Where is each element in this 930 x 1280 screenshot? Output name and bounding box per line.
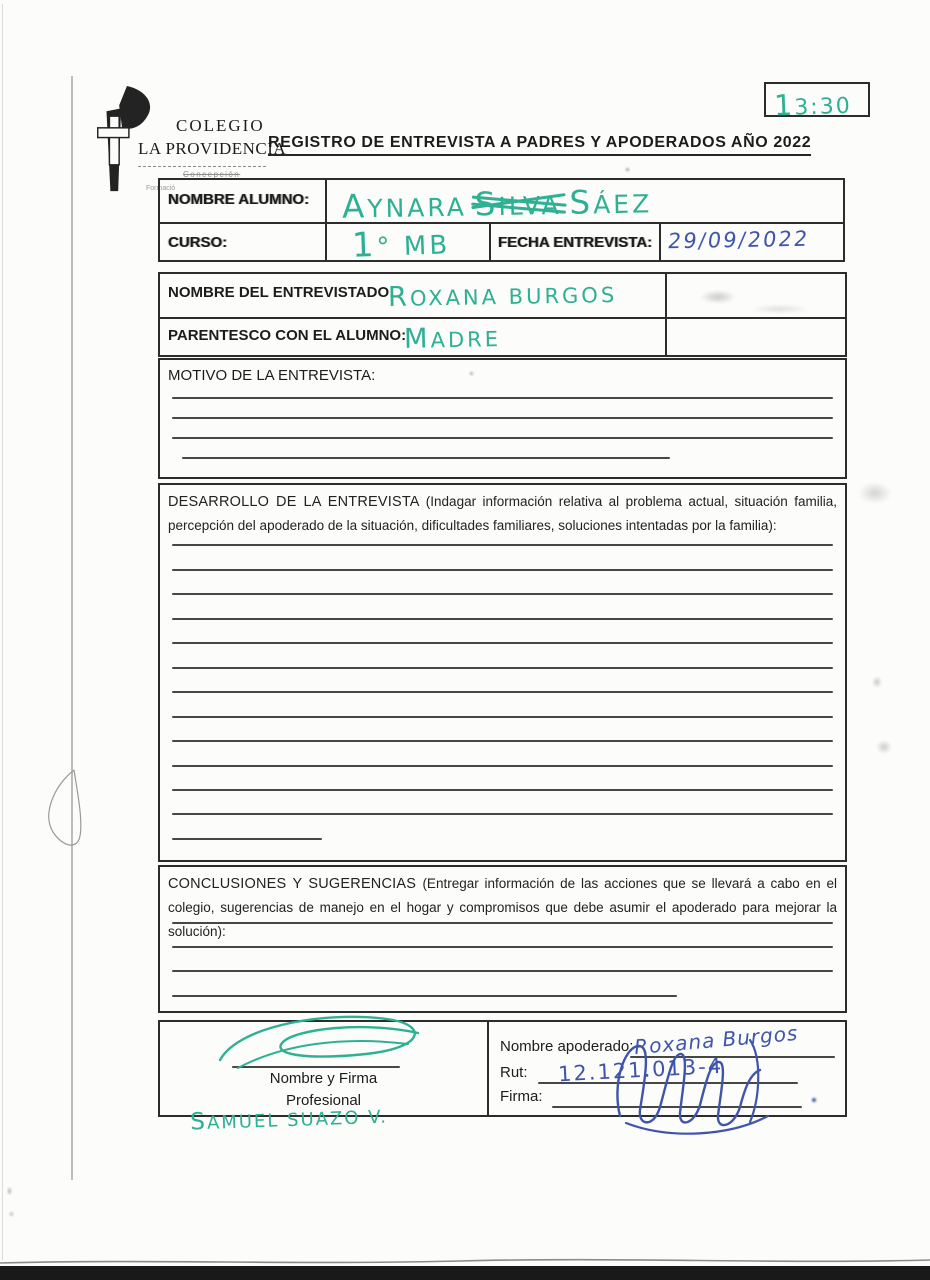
scan-bottom-band: [0, 1266, 930, 1280]
conclusiones-section: CONCLUSIONES Y SUGERENCIAS (Entregar inf…: [158, 865, 847, 1013]
ruled-line: [172, 667, 833, 669]
ruled-line: [172, 946, 833, 948]
conclusiones-label: CONCLUSIONES Y SUGERENCIAS (Entregar inf…: [168, 872, 837, 944]
col-divider: [665, 274, 667, 355]
ruled-line: [172, 922, 833, 924]
row-divider: [160, 317, 845, 319]
pen-teardrop-mark: [40, 764, 110, 854]
ruled-line: [172, 642, 833, 644]
rut-label: Rut:: [500, 1064, 528, 1081]
ruled-line: [182, 457, 670, 459]
ruled-line: [172, 417, 833, 419]
scan-smudge: [872, 676, 882, 688]
ruled-line: [172, 970, 833, 972]
logo-dashed-rule: [138, 166, 266, 167]
ruled-line: [172, 995, 677, 997]
student-first-name: Aynara: [342, 186, 467, 226]
logo-text-providencia: LA PROVIDENCIA: [138, 139, 286, 159]
time-note-value: 13:30: [773, 86, 852, 123]
interviewee-name-value: Roxana Burgos: [388, 278, 618, 313]
motivo-section: MOTIVO DE LA ENTREVISTA:: [158, 358, 847, 479]
interviewee-name-label: NOMBRE DEL ENTREVISTADO:: [168, 284, 394, 301]
curso-label: CURSO:: [168, 234, 227, 251]
scan-mark: [8, 1188, 11, 1194]
col-divider: [487, 1022, 489, 1115]
ruled-line: [172, 437, 833, 439]
ruled-line: [172, 593, 833, 595]
signature-section: Nombre y Firma Profesional Samuel Suazo …: [158, 1020, 847, 1117]
col-divider: [325, 224, 327, 260]
student-table: NOMBRE ALUMNO: Aynara Silva Sáez CURSO: …: [158, 178, 845, 262]
desarrollo-section: DESARROLLO DE LA ENTREVISTA (Indagar inf…: [158, 483, 847, 862]
ruled-line: [172, 618, 833, 620]
ruled-line: [172, 691, 833, 693]
ruled-line: [172, 789, 833, 791]
student-struck-name: Silva: [474, 184, 561, 224]
time-note-box: 13:30: [764, 82, 870, 117]
student-name-label: NOMBRE ALUMNO:: [168, 191, 309, 208]
scan-dot: [626, 168, 629, 171]
scan-smudge: [700, 290, 736, 304]
scan-smudge: [750, 304, 810, 314]
student-name-value: Aynara Silva Sáez: [342, 182, 653, 225]
ruled-line: [172, 716, 833, 718]
ruled-line: [172, 765, 833, 767]
col-divider: [659, 224, 661, 260]
ruled-line: [172, 397, 833, 399]
desarrollo-label: DESARROLLO DE LA ENTREVISTA (Indagar inf…: [168, 490, 837, 538]
col-divider: [325, 180, 327, 222]
motivo-label: MOTIVO DE LA ENTREVISTA:: [168, 367, 375, 384]
conclusiones-heading: CONCLUSIONES Y SUGERENCIAS: [168, 876, 422, 892]
ruled-line: [172, 813, 833, 815]
student-last-name: Sáez: [569, 182, 652, 221]
ruled-line: [172, 838, 322, 840]
parentesco-value: Madre: [404, 322, 501, 355]
form-title: REGISTRO DE ENTREVISTA A PADRES Y APODER…: [268, 134, 811, 156]
fecha-value: 29/09/2022: [666, 227, 810, 253]
scan-mark: [10, 1212, 13, 1216]
firma-label: Firma:: [500, 1088, 543, 1105]
parentesco-label: PARENTESCO CON EL ALUMNO:: [168, 327, 406, 344]
scanned-interview-form: 13:30 COLEGIO LA PROVIDENCIA Concepción …: [0, 0, 930, 1280]
fold-line: [71, 76, 73, 1180]
curso-value: 1° MB: [351, 222, 450, 264]
professional-signed-name: Samuel Suazo V.: [190, 1101, 389, 1136]
col-divider: [489, 224, 491, 260]
scan-smudge: [858, 482, 892, 504]
ruled-line: [172, 544, 833, 546]
professional-signature: [208, 1008, 448, 1078]
desarrollo-heading: DESARROLLO DE LA ENTREVISTA: [168, 494, 426, 510]
scan-dot: [470, 372, 473, 375]
interviewee-table: NOMBRE DEL ENTREVISTADO: Roxana Burgos P…: [158, 272, 847, 357]
ruled-line: [172, 740, 833, 742]
scan-bottom-wavy-line: [0, 1256, 930, 1266]
fecha-label: FECHA ENTREVISTA:: [498, 234, 652, 251]
scan-smudge: [876, 740, 892, 754]
scan-edge-line: [2, 4, 3, 1260]
apoderado-signature: [600, 1030, 820, 1134]
logo-text-colegio: COLEGIO: [176, 116, 265, 136]
ruled-line: [172, 569, 833, 571]
